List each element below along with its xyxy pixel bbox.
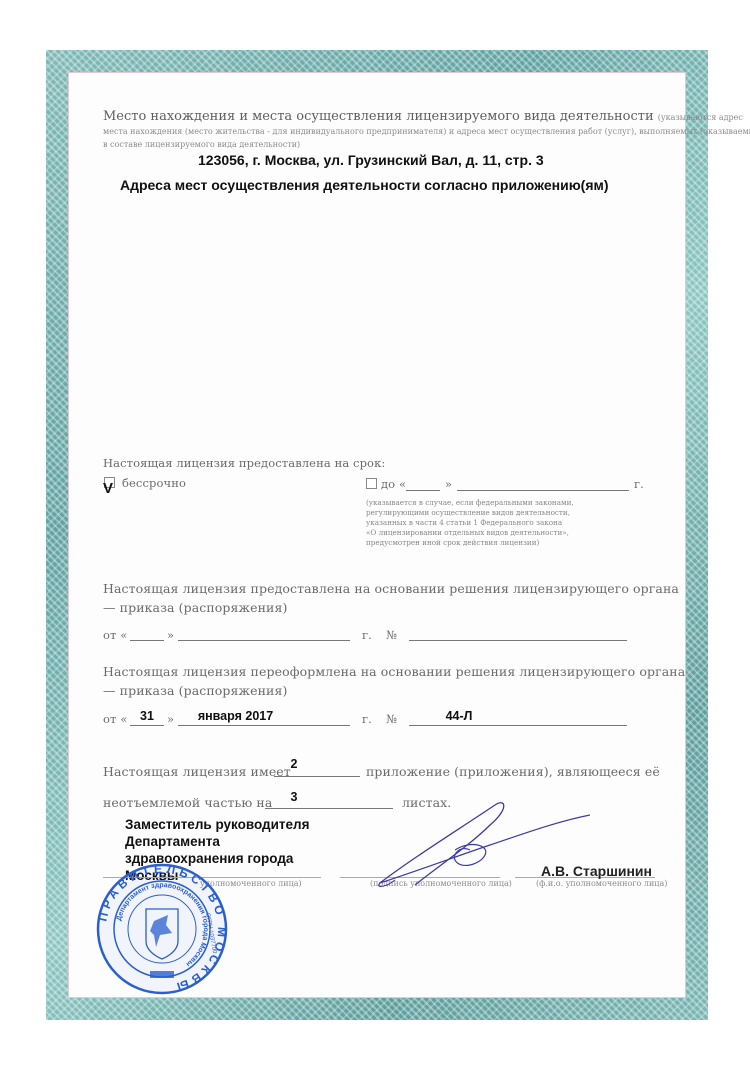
until-quote-close: » (445, 477, 452, 491)
position-line-0: Заместитель руководителя (125, 816, 309, 833)
reissued-number-field[interactable] (409, 725, 627, 726)
location-note-2: места нахождения (место жительства - для… (103, 127, 750, 136)
reissued-line1: Настоящая лицензия переоформлена на осно… (103, 664, 685, 679)
reissued-number: 44-Л (409, 709, 509, 723)
appendix-count-field[interactable] (274, 776, 360, 777)
until-note-3: «О лицензировании отдельных видов деятел… (366, 528, 569, 538)
granted-month-year-field[interactable] (178, 640, 350, 641)
appendix-text-after: приложение (приложения), являющееся её (366, 764, 660, 779)
reissued-line2: — приказа (распоряжения) (103, 683, 287, 698)
granted-quote-close: » (167, 628, 174, 642)
granted-from-label: от « (103, 628, 127, 642)
checkbox-until[interactable] (366, 478, 377, 489)
granted-line2: — приказа (распоряжения) (103, 600, 287, 615)
addresses-note: Адреса мест осуществления деятельности с… (120, 177, 609, 193)
until-note-4: предусмотрен иной срок действия лицензии… (366, 538, 539, 548)
handwritten-signature (360, 800, 590, 890)
until-month-year-field[interactable] (457, 490, 629, 491)
sheets-before: неотъемлемой частью на (103, 795, 272, 810)
sheets-count: 3 (265, 790, 323, 804)
reissued-day-field[interactable] (130, 725, 164, 726)
granted-number-label: № (386, 628, 397, 642)
until-day-field[interactable] (406, 490, 440, 491)
reissued-quote-close: » (167, 712, 174, 726)
reissued-month-year: января 2017 (178, 709, 293, 723)
position-line-1: Департамента (125, 833, 309, 850)
reissued-year-suffix: г. (362, 712, 372, 726)
location-note-3: в составе лицензируемого вида деятельнос… (103, 140, 300, 149)
until-prefix: до « (381, 477, 406, 491)
reissued-day: 31 (130, 709, 164, 723)
granted-day-field[interactable] (130, 640, 164, 641)
location-heading: Место нахождения и места осуществления л… (103, 109, 743, 124)
reissued-from-label: от « (103, 712, 127, 726)
address: 123056, г. Москва, ул. Грузинский Вал, д… (198, 152, 544, 168)
check-mark: V (103, 480, 113, 497)
granted-line1: Настоящая лицензия предоставлена на осно… (103, 581, 679, 596)
reissued-number-label: № (386, 712, 397, 726)
until-year-suffix: г. (634, 477, 644, 491)
location-note-1: (указываются адрес (658, 113, 743, 122)
appendix-count: 2 (274, 757, 314, 771)
term-label: Настоящая лицензия предоставлена на срок… (103, 456, 385, 470)
granted-year-suffix: г. (362, 628, 372, 642)
license-back-page: Место нахождения и места осуществления л… (0, 0, 750, 1073)
until-note-0: (указывается в случае, если федеральными… (366, 498, 574, 508)
appendix-text-before: Настоящая лицензия имеет (103, 764, 291, 779)
official-stamp: ПРАВИТЕЛЬСТВО МОСКВЫ Департамент здравоо… (96, 863, 228, 995)
granted-number-field[interactable] (409, 640, 627, 641)
until-note-2: указанных в части 4 статьи 1 Федеральног… (366, 518, 562, 528)
location-heading-text: Место нахождения и места осуществления л… (103, 109, 654, 124)
until-note-1: регулирующими осуществление видов деятел… (366, 508, 570, 518)
option-unlimited-label: бессрочно (122, 476, 186, 490)
reissued-month-year-field[interactable] (178, 725, 350, 726)
